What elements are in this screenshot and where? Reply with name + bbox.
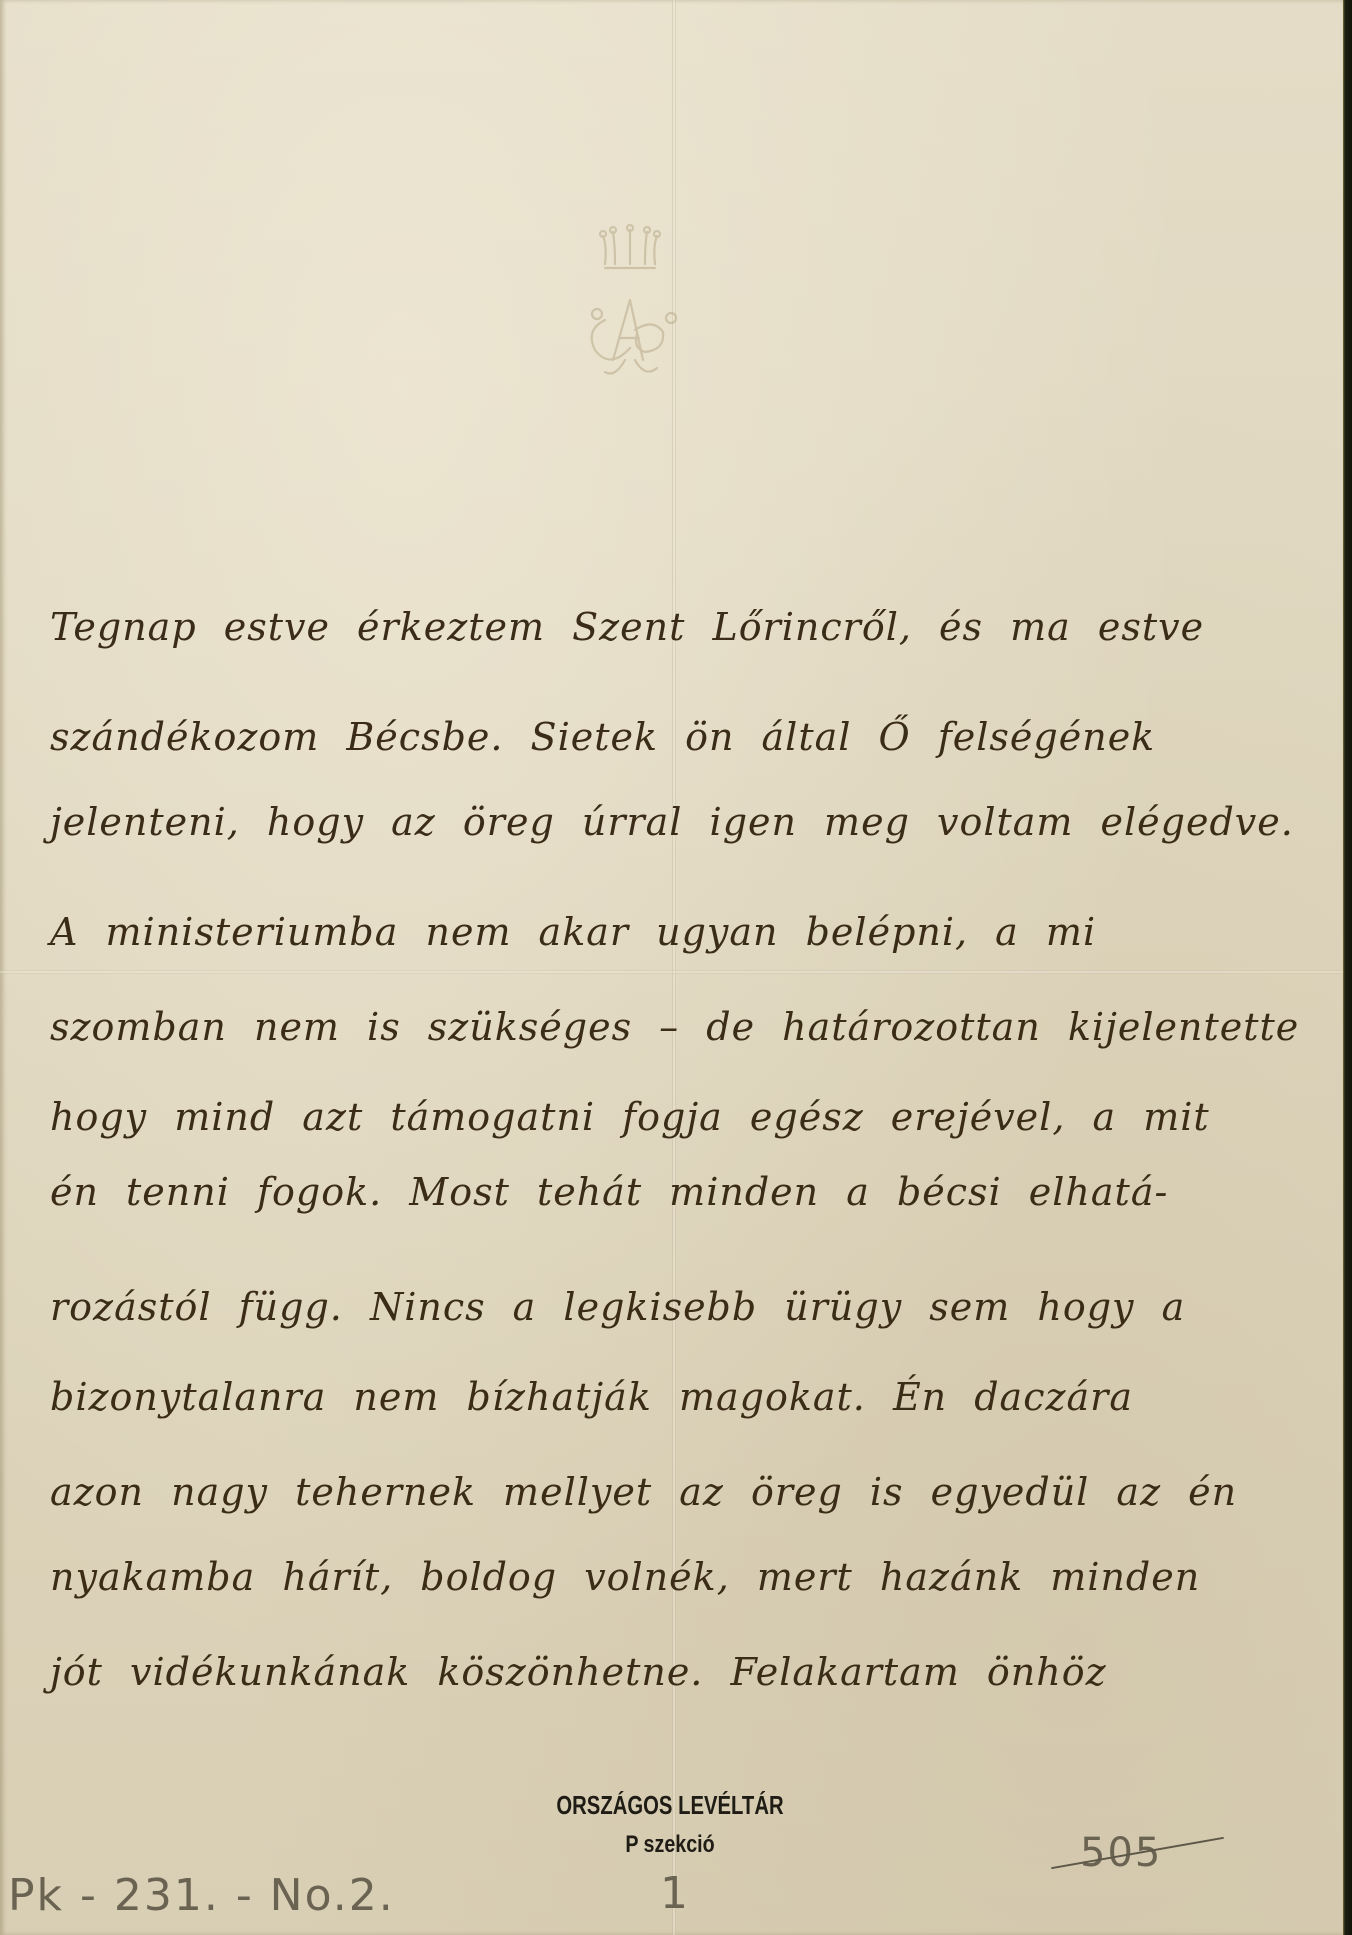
struck-old-number: 505 [1080,1830,1162,1876]
letter-line: szomban nem is szükséges – de határozott… [50,1005,1299,1049]
letter-line: Tegnap estve érkeztem Szent Lőrincről, é… [50,605,1204,649]
struck-old-number-text: 505 [1080,1830,1162,1876]
letter-line: A ministeriumba nem akar ugyan belépni, … [50,910,1096,954]
letter-line: jót vidékunkának köszönhetne. Felakartam… [50,1650,1107,1694]
letter-line: hogy mind azt támogatni fogja egész erej… [50,1095,1210,1139]
archive-stamp-title: ORSZÁGOS LEVÉLTÁR [514,1790,826,1821]
letter-line: azon nagy tehernek mellyet az öreg is eg… [50,1470,1237,1514]
letter-line: szándékozom Bécsbe. Sietek ön által Ő fe… [50,715,1155,759]
letter-line: rozástól függ. Nincs a legkisebb ürügy s… [50,1285,1185,1329]
horizontal-fold-crease [0,970,1343,974]
embossed-crown-monogram-icon [575,210,685,380]
scan-border [1343,0,1352,1935]
page-number: 1 [660,1868,690,1919]
archive-reference-number: Pk - 231. - No.2. [8,1870,395,1921]
letter-page: Tegnap estve érkeztem Szent Lőrincről, é… [0,0,1343,1935]
letter-line: bizonytalanra nem bízhatják magokat. Én … [50,1375,1133,1419]
archive-stamp-section: P szekció [506,1831,834,1859]
archive-stamp: ORSZÁGOS LEVÉLTÁR P szekció [470,1790,870,1859]
letter-line: jelenteni, hogy az öreg úrral igen meg v… [50,800,1294,844]
letter-line: nyakamba hárít, boldog volnék, mert hazá… [50,1555,1200,1599]
letter-line: én tenni fogok. Most tehát minden a bécs… [50,1170,1168,1214]
